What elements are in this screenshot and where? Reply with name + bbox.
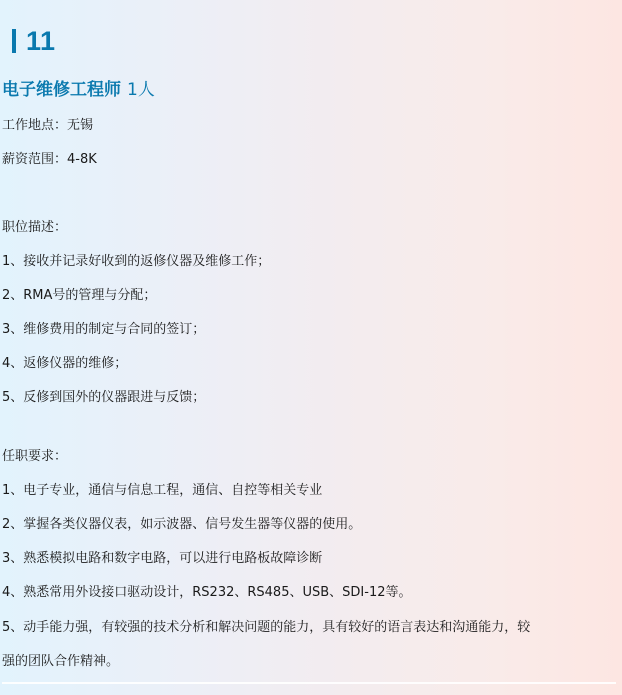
description-item: 5、反修到国外的仪器跟进与反馈；: [2, 388, 205, 408]
requirement-item: 3、熟悉模拟电路和数字电路，可以进行电路板故障诊断: [2, 549, 322, 569]
requirement-item-continuation: 强的团队合作精神。: [2, 652, 119, 672]
requirement-item: 4、熟悉常用外设接口驱动设计，RS232、RS485、USB、SDI-12等。: [2, 583, 411, 603]
description-item: 4、返修仪器的维修；: [2, 354, 127, 374]
section-number-heading: 11: [12, 24, 56, 58]
job-title: 电子维修工程师1人: [2, 78, 155, 102]
requirements-label: 任职要求：: [2, 447, 67, 467]
job-posting-card: 11 电子维修工程师1人 工作地点：无锡 薪资范围：4-8K 职位描述： 1、接…: [0, 0, 622, 695]
bottom-divider: [2, 682, 616, 684]
accent-bar: [12, 29, 16, 53]
salary-range-value: 4-8K: [67, 152, 97, 167]
work-location-value: 无锡: [67, 118, 93, 133]
salary-range: 薪资范围：4-8K: [2, 150, 97, 170]
job-headcount: 1人: [127, 80, 155, 100]
description-item: 3、维修费用的制定与合同的签订；: [2, 320, 205, 340]
work-location-label: 工作地点：: [2, 118, 67, 133]
job-title-name: 电子维修工程师: [2, 80, 121, 100]
salary-range-label: 薪资范围：: [2, 152, 67, 167]
description-label: 职位描述：: [2, 218, 67, 238]
description-item: 2、RMA号的管理与分配；: [2, 286, 156, 306]
requirement-item: 2、掌握各类仪器仪表，如示波器、信号发生器等仪器的使用。: [2, 515, 361, 535]
requirement-item: 1、电子专业，通信与信息工程，通信、自控等相关专业: [2, 481, 322, 501]
requirement-item: 5、动手能力强，有较强的技术分析和解决问题的能力，具有较好的语言表达和沟通能力，…: [2, 618, 530, 638]
description-item: 1、接收并记录好收到的返修仪器及维修工作；: [2, 252, 270, 272]
work-location: 工作地点：无锡: [2, 116, 93, 136]
section-number: 11: [26, 24, 56, 58]
